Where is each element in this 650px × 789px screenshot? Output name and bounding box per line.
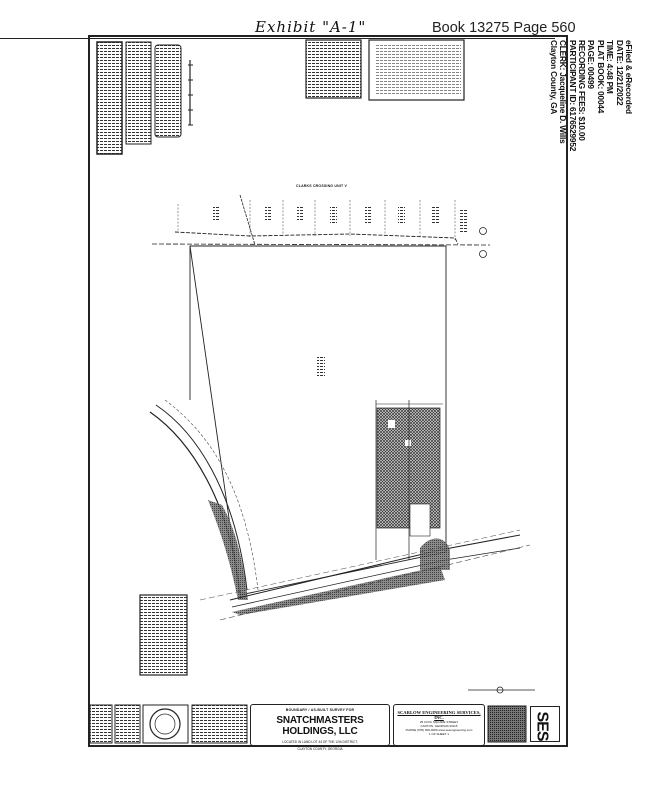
location-line-1: LOCATED IN LAND LOT 44 OF THE 12th DISTR… [251, 740, 389, 744]
adjacent-subdivision-label: CLARKS CROSSING UNIT V [296, 184, 347, 188]
stamp-line: PARTICIPANT ID: 6176529952 [567, 40, 576, 150]
stamp-line: RECORDING FEES: $10.00 [577, 40, 586, 150]
survey-type: BOUNDARY / AS-BUILT SURVEY FOR [251, 708, 389, 712]
engineer-block: SCARLOW ENGINEERING SERVICES, INC. 25 CI… [393, 704, 485, 746]
stamp-line: eFiled & eRecorded [624, 40, 633, 150]
stamp-line: Clayton County, GA [548, 40, 557, 150]
general-notes-blocks [97, 42, 193, 154]
recording-stamp: eFiled & eRecorded DATE: 12/21/2022 TIME… [523, 40, 633, 150]
stamp-line: TIME: 4:48 PM [605, 40, 614, 150]
client-name: SNATCHMASTERS HOLDINGS, LLC [251, 715, 389, 737]
ses-logo-text: SES [533, 711, 551, 740]
stamp-line: DATE: 12/21/2022 [614, 40, 623, 150]
sheet-number: 1 OF SHEET 1 [394, 732, 484, 736]
title-block: BOUNDARY / AS-BUILT SURVEY FOR SNATCHMAS… [250, 704, 390, 746]
engineer-firm: SCARLOW ENGINEERING SERVICES, INC. [394, 710, 484, 720]
stamp-line: CLERK: Jacqueline D. Wills [558, 40, 567, 150]
location-line-2: CLAYTON COUNTY, GEORGIA [251, 747, 389, 751]
stamp-line: PAGE: 00499 [586, 40, 595, 150]
stamp-line: PLAT BOOK: 00044 [595, 40, 604, 150]
ses-logo: SES [530, 706, 560, 742]
